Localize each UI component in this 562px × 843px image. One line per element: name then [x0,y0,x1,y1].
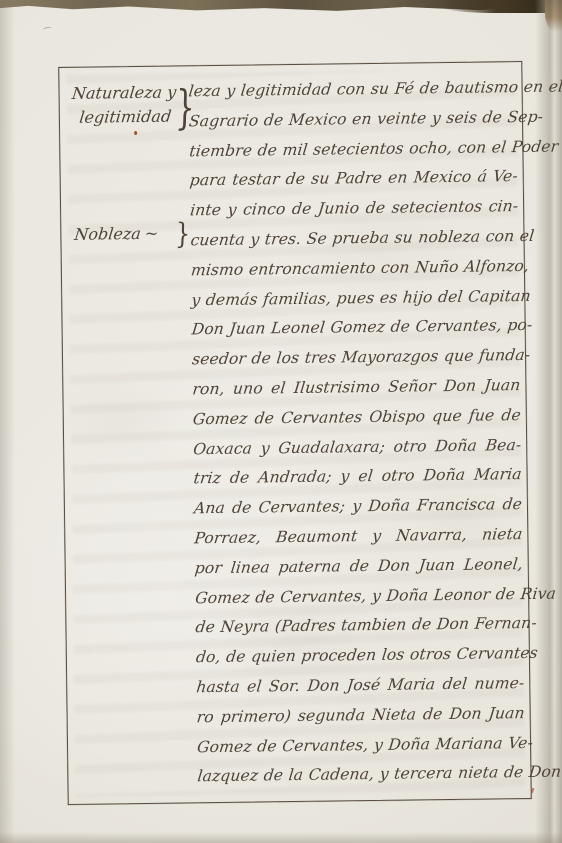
manuscript-line: do, de quien proceden los otros Cervante… [194,639,525,673]
manuscript-scan: Naturaleza y legitimidad } Nobleza~ } le… [0,0,562,843]
manuscript-line: inte y cinco de Junio de setecientos cin… [188,192,519,226]
manuscript-line: Ana de Cervantes; y Doña Francisca de [192,490,523,524]
manuscript-line: ro primero) segunda Nieta de Don Juan [195,699,526,733]
margin-note-line: Nobleza [73,224,142,244]
red-ink-mark [531,788,535,793]
manuscript-line: para testar de su Padre en Mexico á Ve- [188,162,519,196]
manuscript-line: Sagrario de Mexico en veinte y seis de S… [187,103,518,137]
manuscript-text-column: leza y legitimidad con su Fé de bautismo… [188,73,525,792]
manuscript-line: tiembre de mil setecientos ocho, con el … [188,133,519,167]
manuscript-line: Gomez de Cervantes Obispo que fue de [191,401,522,435]
manuscript-line: seedor de los tres Mayorazgos que funda- [190,341,521,375]
manuscript-line: hasta el Sor. Don José Maria del nume- [195,669,526,703]
flourish-dash: ~ [140,224,158,243]
margin-note-line: legitimidad [68,105,175,130]
gutter-shadow [0,0,15,843]
margin-note-nobleza: Nobleza~ [73,222,158,247]
manuscript-line: Oaxaca y Guadalaxara; otro Doña Bea- [192,431,523,465]
manuscript-line: lazquez de la Cadena, y tercera nieta de… [196,758,527,792]
page-right-edge [535,0,562,843]
page-content: Naturaleza y legitimidad } Nobleza~ } le… [58,61,531,805]
manuscript-line: triz de Andrada; y el otro Doña Maria [192,460,523,494]
page-bottom-edge [0,832,562,843]
manuscript-line: mismo entroncamiento con Nuño Alfonzo, [189,252,520,286]
margin-note-line: Naturaleza y [71,80,178,105]
manuscript-line: ron, uno el Ilustrisimo Señor Don Juan [191,371,522,405]
manuscript-line: Gomez de Cervantes, y Doña Mariana Ve- [195,729,526,763]
manuscript-line: y demás familias, pues es hijo del Capit… [190,282,521,316]
pencil-mark [43,26,53,33]
manuscript-line: Porraez, Beaumont y Navarra, nieta [193,520,524,554]
manuscript-line: cuenta y tres. Se prueba su nobleza con … [189,222,520,256]
book-top-edge-dark [442,0,562,13]
manuscript-line: por linea paterna de Don Juan Leonel, [193,550,524,584]
manuscript-line: Don Juan Leonel Gomez de Cervantes, po- [190,311,521,345]
manuscript-line: Gomez de Cervantes, y Doña Leonor de Riv… [193,580,524,614]
book-corner [545,0,562,32]
ink-fleck [134,131,137,135]
manuscript-line: de Neyra (Padres tambien de Don Fernan- [194,609,525,643]
margin-note-naturaleza-legitimidad: Naturaleza y legitimidad [68,80,177,129]
manuscript-line: leza y legitimidad con su Fé de bautismo… [187,73,518,107]
